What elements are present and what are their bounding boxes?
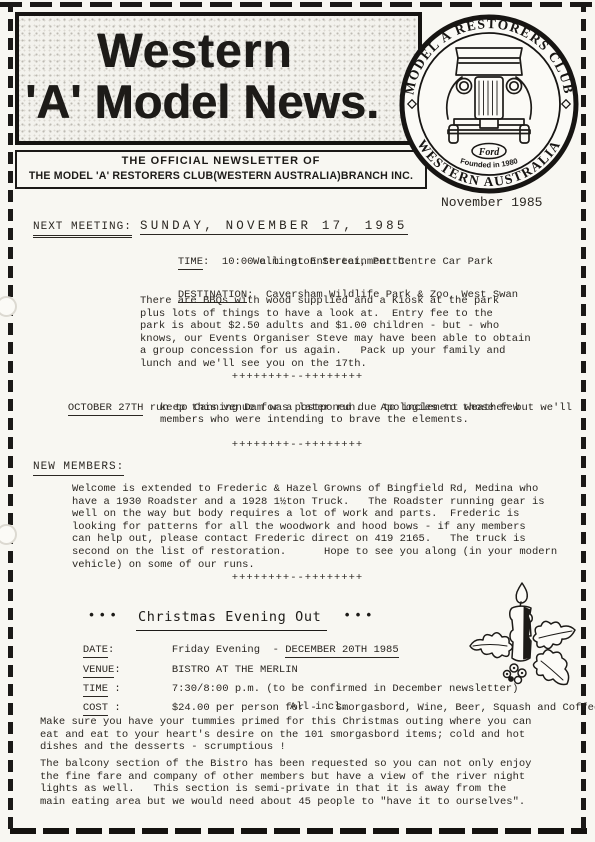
cost-value: $24.00 per person for - Smorgasbord, Win… — [172, 702, 595, 714]
newsletter-title-line2: 'A' Model News. — [25, 74, 379, 129]
newsletter-page: Western 'A' Model News. THE OFFICIAL NEW… — [0, 0, 595, 842]
subtitle-line2: THE MODEL 'A' RESTORERS CLUB(WESTERN AUS… — [17, 170, 425, 182]
october-note-continuation: keep this venue for a later run. Apologi… — [160, 402, 519, 427]
subtitle-line1: THE OFFICIAL NEWSLETTER OF — [17, 155, 425, 167]
page-border-bottom — [10, 828, 587, 834]
next-meeting-heading: SUNDAY, NOVEMBER 17, 1985 — [140, 220, 408, 235]
issue-date: November 1985 — [441, 195, 542, 210]
newsletter-title-line1: Western — [97, 24, 293, 79]
next-meeting-label: NEXT MEETING: — [33, 221, 132, 238]
ford-script-text: Ford — [478, 147, 501, 158]
cost-label: COST — [83, 702, 108, 716]
section-separator: ++++++++--++++++++ — [0, 371, 595, 384]
page-border-left — [8, 7, 13, 829]
date-emphasis: DECEMBER 20TH 1985 — [285, 644, 398, 658]
page-border-top — [0, 2, 595, 7]
next-meeting-paragraph: There are BBQs with wood supplied and a … — [140, 295, 531, 371]
christmas-paragraph-2: The balcony section of the Bistro has be… — [40, 758, 531, 808]
cost-colon: : — [108, 702, 121, 714]
new-members-paragraph: Welcome is extended to Frederic & Hazel … — [72, 483, 557, 571]
christmas-heading-title: Christmas Evening Out — [136, 609, 327, 631]
heading-dots-left: ••• — [88, 608, 120, 623]
masthead-title-box: Western 'A' Model News. — [15, 12, 422, 145]
club-seal-icon: MODEL A RESTORERS CLUB WESTERN AUSTRALIA — [398, 13, 580, 195]
punch-hole — [0, 524, 17, 545]
punch-hole — [0, 296, 17, 317]
heading-dots-right: ••• — [343, 608, 375, 623]
club-seal-logo: MODEL A RESTORERS CLUB WESTERN AUSTRALIA — [398, 13, 580, 195]
time-label: TIME — [178, 256, 203, 270]
section-separator: ++++++++--++++++++ — [0, 439, 595, 452]
meeting-time-line2: Wellington Street, Perth. — [253, 256, 411, 269]
masthead-subtitle-box: THE OFFICIAL NEWSLETTER OF THE MODEL 'A'… — [15, 150, 427, 189]
christmas-paragraph-1: Make sure you have your tummies primed f… — [40, 716, 531, 754]
christmas-cost-line2: All incl. — [290, 701, 347, 714]
october-note-label: OCTOBER 27TH — [68, 402, 144, 416]
new-members-label: NEW MEMBERS: — [33, 461, 124, 476]
